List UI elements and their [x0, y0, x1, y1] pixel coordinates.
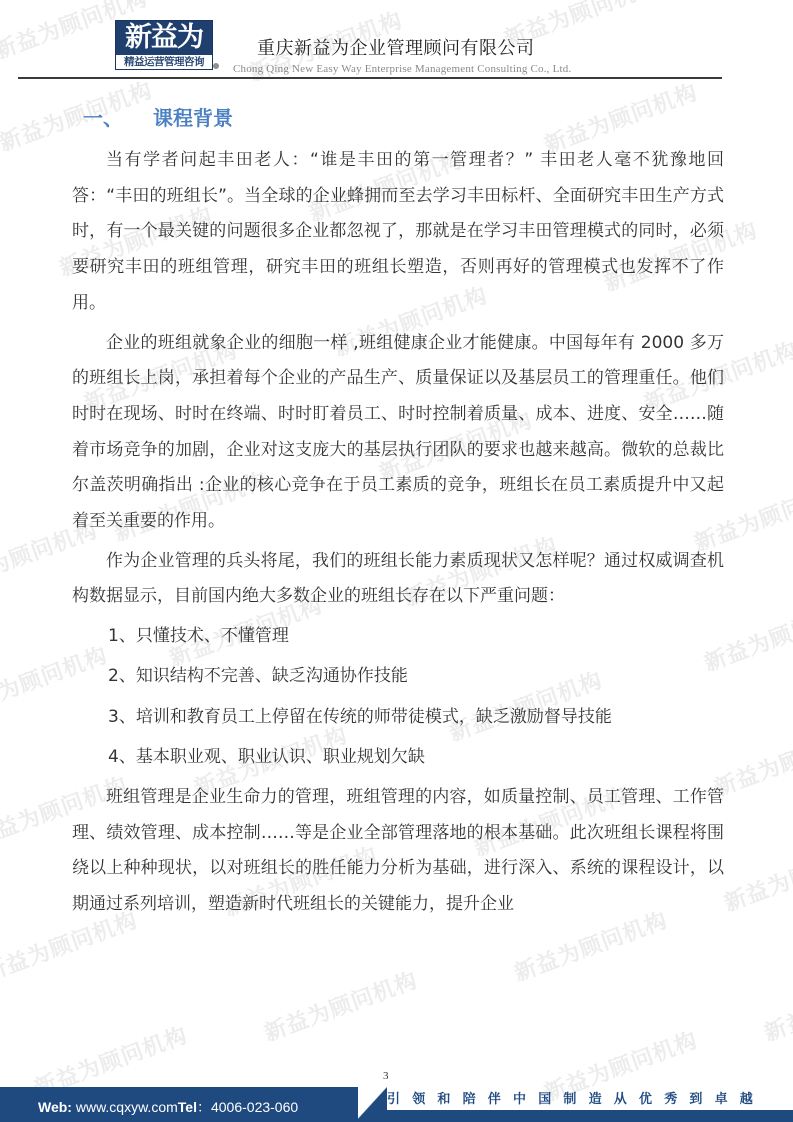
- web-label: Web:: [38, 1099, 72, 1115]
- page-number: 3: [383, 1070, 389, 1082]
- watermark: 新益为顾问机构: [760, 963, 793, 1047]
- company-name-cn: 重庆新益为企业管理顾问有限公司: [257, 38, 535, 60]
- section-title: 课程背景: [153, 106, 233, 130]
- watermark: 新益为顾问机构: [260, 963, 422, 1047]
- page-header: 新益为 精益运营管理咨询 重庆新益为企业管理顾问有限公司 Chong Qing …: [0, 0, 793, 80]
- web-url: www.cqxyw.com: [72, 1099, 178, 1115]
- document-body: 当有学者问起丰田老人：“谁是丰田的第一管理者？” 丰田老人毫不犹豫地回答：“丰田…: [72, 143, 724, 927]
- paragraph: 企业的班组就象企业的细胞一样 ,班组健康企业才能健康。中国每年有 2000 多万…: [72, 326, 724, 540]
- problem-list-item: 3、培训和教育员工上停留在传统的师带徒模式，缺乏激励督导技能: [72, 700, 724, 736]
- problem-list-item: 1、只懂技术、不懂管理: [72, 619, 724, 655]
- footer-slogan-bar: [385, 1110, 793, 1122]
- company-logo: 新益为 精益运营管理咨询: [115, 20, 213, 70]
- problem-list-item: 2、知识结构不完善、缺乏沟通协作技能: [72, 659, 724, 695]
- tel-label: Tel: [178, 1099, 197, 1115]
- footer-slope-shape: [355, 1087, 387, 1122]
- paragraph: 作为企业管理的兵头将尾，我们的班组长能力素质现状又怎样呢？通过权威调查机构数据显…: [72, 544, 724, 615]
- logo-dot-icon: [213, 63, 219, 69]
- logo-sub-text: 精益运营管理咨询: [116, 55, 212, 69]
- tel-number: ：4006-023-060: [197, 1099, 298, 1115]
- logo-main-text: 新益为: [116, 22, 212, 54]
- problem-list-item: 4、基本职业观、职业认识、职业规划欠缺: [72, 740, 724, 776]
- header-divider: [18, 77, 722, 79]
- paragraph: 班组管理是企业生命力的管理，班组管理的内容，如质量控制、员工管理、工作管理、绩效…: [72, 780, 724, 923]
- section-heading: 一、课程背景: [83, 105, 233, 131]
- company-name-en: Chong Qing New Easy Way Enterprise Manag…: [233, 62, 571, 76]
- paragraph: 当有学者问起丰田老人：“谁是丰田的第一管理者？” 丰田老人毫不犹豫地回答：“丰田…: [72, 143, 724, 322]
- footer-slogan: 引领和陪伴中国制造从优秀到卓越: [387, 1091, 765, 1109]
- footer-contact: Web: www.cqxyw.comTel：4006-023-060: [38, 1097, 298, 1117]
- watermark: 新益为顾问机构: [720, 833, 793, 917]
- section-number: 一、: [83, 105, 153, 131]
